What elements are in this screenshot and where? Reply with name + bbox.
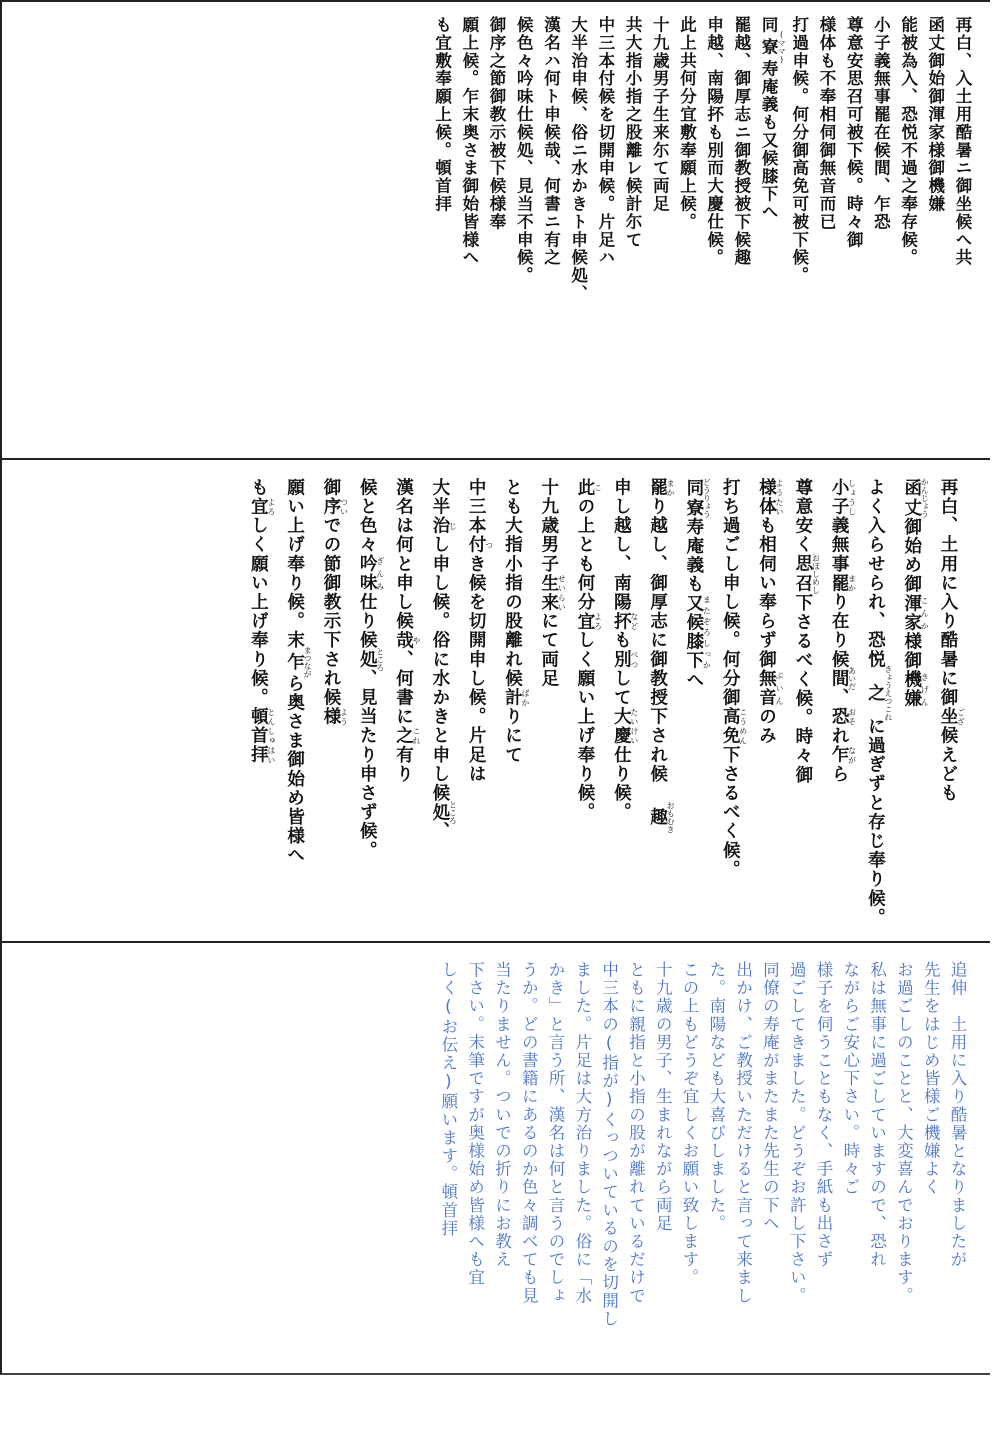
furigana: 大慶たいけい: [611, 707, 631, 745]
furigana: 罷まか: [648, 478, 668, 497]
text-line: 様体も不奉相伺御無音而已: [813, 16, 840, 302]
furigana: 乍なが: [829, 745, 849, 764]
text-line: 申し越し、南陽抔なども別べつして大慶たいけい仕り候。: [603, 478, 639, 927]
furigana: 又候膝下またぞろしっか: [684, 594, 704, 670]
text-line: 過ごしてきました。どうぞお許し下さい。: [782, 961, 809, 1328]
text-line: 尊意安く思召おぼしめし下さるべく候。時々御: [785, 478, 821, 927]
text-line: 函丈かんじょう御始め御渾家こんか様御機嫌きげん: [893, 478, 929, 927]
furigana: 此こ: [575, 478, 595, 497]
text-line: 十九歳の男子、生まれながら両足: [648, 961, 675, 1328]
text-line: よく入らせられ、恐悦之きょうえつこれに過ぎずと存じ奉り候。: [857, 478, 893, 927]
text-line: 願上候。乍末奥さま御始皆様へ: [456, 16, 483, 302]
reading-text: 再白、土用に入り酷暑に御坐ござ候えども函丈かんじょう御始め御渾家こんか様御機嫌き…: [240, 478, 966, 927]
furigana: 之きょうえつこれ: [865, 669, 885, 717]
furigana: 宜よろ: [575, 612, 595, 631]
text-line: 中三本付候を切開申候。片足ハ: [592, 16, 619, 302]
furigana: 高免こうめん: [720, 707, 740, 745]
furigana: 処ところ: [430, 803, 450, 822]
text-line: 中三本の(指が)くっついているのを切開し: [595, 961, 622, 1328]
text-line: 共大指小指之股離レ候計尓て: [619, 16, 646, 302]
text-line: 十九歳男子生来尓て両足: [646, 16, 673, 302]
text-line: 同僚の寿庵がまたまた先生の下へ: [756, 961, 783, 1328]
text-line: 尊意安思召可被下候。時々御: [840, 16, 867, 302]
text-line: 中三本付つき候を切開申し候。片足は: [458, 478, 494, 927]
text-line: かき」と言う所、漢名は何と言うのでしょ: [541, 961, 568, 1328]
furigana: 治じ: [430, 516, 450, 535]
panel-original-text: 再白、入土用酷暑ニ御坐候へ共函丈御始御渾家様御機嫌能被為入、恐悦不過之奉存候。小…: [0, 0, 990, 459]
furigana: 函丈かんじょう: [902, 478, 922, 518]
text-line: 漢名ハ何ト申候哉、何書ニ有之: [537, 16, 564, 302]
text-line: 此この上とも何分宜よろしく願い上げ奉り候。: [567, 478, 603, 927]
text-line: 罷まかり越し、御厚志に御教授下され候 趣おもむき: [639, 478, 675, 927]
text-line: 願い上げ奉り候。末乍まつながら奥さま御始め皆様へ: [276, 478, 312, 927]
text-line: 大半治じし申し候。俗に水かきと申し候処ところ、: [422, 478, 458, 927]
furigana: 付つ: [466, 535, 486, 554]
furigana: 様よう: [321, 707, 341, 726]
furigana: 渾家こんか: [902, 594, 922, 632]
text-line: 下さい。末筆ですが奥様始め皆様へも宜: [461, 961, 488, 1328]
text-line: 打過申候。何分御高免可被下候。: [786, 16, 813, 302]
furigana: 乍まつなが: [285, 650, 305, 674]
text-line: ともに親指と小指の股が離れているだけで: [622, 961, 649, 1328]
text-line: 申越、南陽抔も別而大慶仕候。: [700, 16, 727, 302]
text-line: 十九歳男子生来せいらいにて両足: [530, 478, 566, 927]
text-line: 打ち過ごし申し候。何分御高免こうめん下さるべく候。: [712, 478, 748, 927]
panel-reading-with-furigana: 再白、土用に入り酷暑に御坐ござ候えども函丈かんじょう御始め御渾家こんか様御機嫌き…: [0, 458, 990, 942]
text-line: ました。片足は大方治りました。俗に「水: [568, 961, 595, 1328]
furigana: 之これ: [394, 726, 414, 745]
furigana: 序つい: [321, 497, 341, 516]
text-line: しく(お伝え)願います。頓首拝: [434, 961, 461, 1328]
text-line: ながらご安心下さい。時々ご: [836, 961, 863, 1328]
furigana: 計ばか: [502, 688, 522, 707]
furigana: 処ところ: [357, 650, 377, 669]
text-line: 再白、土用に入り酷暑に御坐ござ候えども: [930, 478, 966, 927]
original-kanbun-text: 再白、入土用酷暑ニ御坐候へ共函丈御始御渾家様御機嫌能被為入、恐悦不過之奉存候。小…: [428, 16, 976, 302]
furigana: 宜よろ: [248, 497, 268, 516]
text-line: 様体ようたいも相伺い奉らず御無音ぶいんのみ: [748, 478, 784, 927]
text-line: 出かけ、ご教授いただけると言って来まし: [729, 961, 756, 1328]
furigana: 哉や: [394, 631, 414, 650]
furigana: 思召おぼしめし: [793, 554, 813, 593]
text-line: も宜敷奉願上候。頓首拝: [428, 16, 455, 302]
text-line: た。南陽なども大喜びしました。: [702, 961, 729, 1328]
text-line: 御序之節御教示被下候様奉: [483, 16, 510, 302]
furigana: 坐ござ: [938, 707, 958, 726]
text-line: 同寮(ママ)寿庵義も又候膝下へ: [755, 16, 786, 302]
text-line: 小子しょうし義無事罷まかり在り候間あいだ、恐おそれ乍ながら: [821, 478, 857, 927]
text-line: 御序ついでの節御教示下され候様よう: [313, 478, 349, 927]
text-line: 当たりません。ついでの折りにお教え: [488, 961, 515, 1328]
furigana: 吟味ぎんみ: [357, 554, 377, 592]
text-line: 小子義無事罷在候間、乍恐: [867, 16, 894, 302]
furigana: 抔など: [611, 612, 631, 631]
text-line: 候と色々吟味ぎんみ仕り候処ところ、見当たり申さず候。: [349, 478, 385, 927]
furigana: 別べつ: [611, 650, 631, 669]
text-line: とも大指小指の股離れ候計ばかりにて: [494, 478, 530, 927]
furigana: 罷まか: [829, 574, 849, 593]
text-line: 此上共何分宜敷奉願上候。: [673, 16, 700, 302]
furigana: 様体ようたい: [757, 478, 777, 516]
text-line: 先生をはじめ皆様ご機嫌よく: [916, 961, 943, 1328]
furigana: 頓首拝とんしゅはい: [248, 707, 268, 764]
furigana: 機嫌きげん: [902, 670, 922, 708]
text-line: 罷越、御厚志ニ御教授被下候趣: [728, 16, 755, 302]
text-line: 再白、入土用酷暑ニ御坐候へ共: [949, 16, 976, 302]
text-line: 漢名は何と申し候哉や、何書に之これ有り: [385, 478, 421, 927]
text-line: 私は無事に過ごしていますので、恐れ: [863, 961, 890, 1328]
text-line: 候色々吟味仕候処、見当不申候。: [510, 16, 537, 302]
text-line: 大半治申候、俗ニ水かきト申候処、: [564, 16, 591, 302]
furigana: 間あいだ: [829, 669, 849, 688]
text-line: 様子を伺うこともなく、手紙も出さず: [809, 961, 836, 1328]
furigana: 無音ぶいん: [757, 669, 777, 707]
furigana: 恐おそ: [829, 707, 849, 726]
panel-modern-translation: 追伸 土用に入り酷暑となりましたが先生をはじめ皆様ご機嫌よくお過ごしのことと、大…: [0, 941, 990, 1375]
furigana: 生来せいらい: [539, 574, 559, 612]
text-line: この上もどうぞ宜しくお願い致します。: [675, 961, 702, 1328]
furigana: 小子しょうし: [829, 478, 849, 516]
furigana: 趣おもむき: [648, 805, 668, 833]
text-line: 能被為入、恐悦不過之奉存候。: [894, 16, 921, 302]
text-line: うか。どの書籍にあるのか色々調べても見: [514, 961, 541, 1328]
modern-translation-text: 追伸 土用に入り酷暑となりましたが先生をはじめ皆様ご機嫌よくお過ごしのことと、大…: [434, 961, 970, 1328]
text-line: お過ごしのことと、大変喜んでおります。: [890, 961, 917, 1328]
text-line: も宜よろしく願い上げ奉り候。頓首拝とんしゅはい: [240, 478, 276, 927]
furigana: 同寮どうりょう: [684, 478, 704, 518]
text-line: 追伸 土用に入り酷暑となりましたが: [943, 961, 970, 1328]
text-line: 同寮どうりょう寿庵義も又候膝下またぞろしっかへ: [676, 478, 712, 927]
mama-annotation: 寮(ママ): [759, 34, 778, 60]
text-line: 函丈御始御渾家様御機嫌: [922, 16, 949, 302]
